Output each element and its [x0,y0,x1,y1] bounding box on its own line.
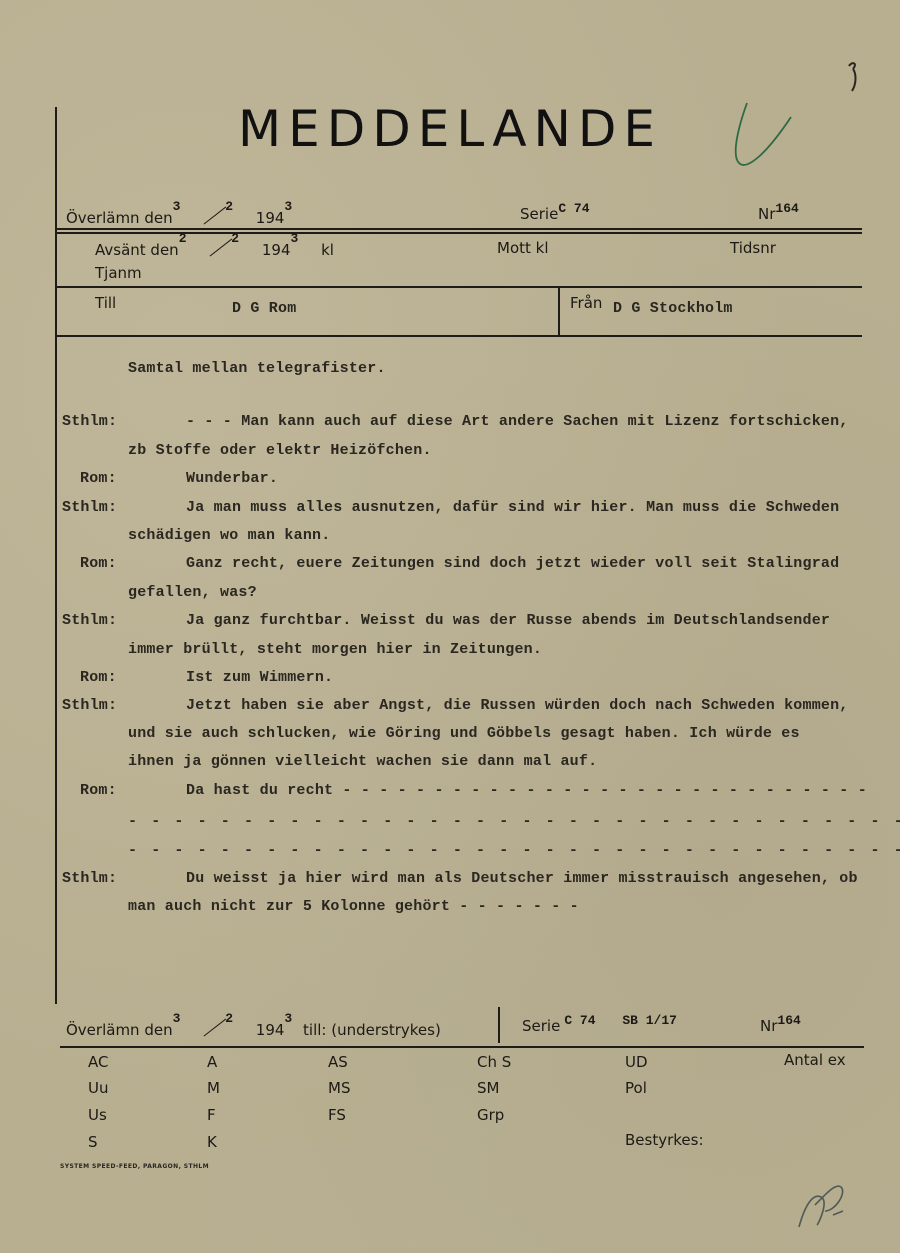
footer-serie-field: SerieC 74 SB 1/17 [522,1017,677,1035]
distribution-code: Pol [625,1079,647,1097]
footer-year-prefix: 194 [256,1021,285,1039]
tjanm-label: Tjanm [95,264,142,282]
message-text: ihnen ja gönnen vielleicht wachen sie da… [128,753,597,770]
till-label: Till [95,294,116,312]
date-slash [205,237,231,259]
footer-overlamn-label: Överlämn den [66,1021,173,1039]
distribution-code: Grp [477,1106,504,1124]
message-text: Wunderbar. [186,470,278,487]
mott-label: Mott kl [497,239,549,257]
message-text: Da hast du recht - - - - - - - - - - - -… [186,782,867,799]
avsant-kl-label: kl [321,241,334,259]
message-text: Ja ganz furchtbar. Weisst du was der Rus… [186,612,830,629]
footer-serie-value: C 74 [564,1013,595,1028]
bestyrkes-label: Bestyrkes: [625,1131,704,1149]
distribution-code: F [207,1106,216,1124]
distribution-code: S [88,1133,98,1151]
left-margin-rule [55,107,57,1004]
message-text: Ja man muss alles ausnutzen, dafür sind … [186,499,839,516]
fran-value: D G Stockholm [613,300,733,317]
distribution-code: K [207,1133,217,1151]
rule-address [56,335,862,337]
footer-nr-value: 164 [777,1013,800,1028]
date-slash [199,1017,225,1039]
handwritten-number-mark [840,55,870,100]
speaker-label: Sthlm: [62,499,117,516]
footer-sb-value: SB 1/17 [622,1013,677,1028]
distribution-code: A [207,1053,217,1071]
avsant-label: Avsänt den [95,241,179,259]
message-text: man auch nicht zur 5 Kolonne gehört - - … [128,898,579,915]
distribution-code: Uu [88,1079,109,1097]
antal-label: Antal ex [784,1051,846,1069]
distribution-code: MS [328,1079,350,1097]
message-text: zb Stoffe oder elektr Heizöfchen. [128,442,432,459]
avsant-month: 2 [231,231,239,246]
handwritten-signature [795,1175,865,1235]
tidsnr-label: Tidsnr [730,239,776,257]
message-subject: Samtal mellan telegrafister. [128,360,386,377]
message-text: - - - - - - - - - - - - - - - - - - - - … [128,842,900,859]
double-rule-top [56,228,862,230]
overlamn-year-prefix: 194 [256,209,285,227]
distribution-code: FS [328,1106,346,1124]
nr-label: Nr [758,205,775,223]
footer-serie-label: Serie [522,1017,560,1035]
serie-value: C 74 [558,201,589,216]
message-text: schädigen wo man kann. [128,527,330,544]
avsant-day: 2 [179,231,187,246]
overlamn-month: 2 [225,199,233,214]
message-text: - - - Man kann auch auf diese Art andere… [186,413,849,430]
overlamn-day: 3 [173,199,181,214]
handwritten-green-mark [725,95,815,175]
nr-field: Nr164 [758,205,799,223]
date-slash [199,205,225,227]
footer-year-suffix: 3 [284,1011,292,1026]
message-text: Jetzt haben sie aber Angst, die Russen w… [186,697,849,714]
footer-overlamn-day: 3 [173,1011,181,1026]
footer-nr-label: Nr [760,1017,777,1035]
speaker-label: Sthlm: [62,612,117,629]
till-value: D G Rom [232,300,296,317]
fran-label: Från [570,294,602,312]
speaker-label: Rom: [80,669,117,686]
distribution-code: SM [477,1079,499,1097]
message-text: - - - - - - - - - - - - - - - - - - - - … [128,813,900,830]
distribution-code: AS [328,1053,348,1071]
overlamn-row: Överlämn den3 2 1943 [66,205,292,227]
overlamn-label: Överlämn den [66,209,173,227]
till-fran-divider [558,287,560,335]
message-text: Ganz recht, euere Zeitungen sind doch je… [186,555,839,572]
message-text: immer brüllt, steht morgen hier in Zeitu… [128,641,542,658]
page-title: MEDDELANDE [238,100,662,158]
footer-till-label: till: (understrykes) [303,1021,441,1039]
serie-label: Serie [520,205,558,223]
nr-value: 164 [775,201,798,216]
message-text: Du weisst ja hier wird man als Deutscher… [186,870,858,887]
speaker-label: Sthlm: [62,697,117,714]
speaker-label: Sthlm: [62,413,117,430]
avsant-year-suffix: 3 [291,231,299,246]
double-rule-bottom [56,232,862,234]
speaker-label: Rom: [80,470,117,487]
distribution-code: UD [625,1053,648,1071]
footer-divider [498,1007,500,1043]
avsant-year-prefix: 194 [262,241,291,259]
printer-imprint: SYSTEM SPEED-FEED, PARAGON, STHLM [60,1163,209,1170]
footer-rule [60,1046,864,1048]
speaker-label: Sthlm: [62,870,117,887]
distribution-code: M [207,1079,220,1097]
overlamn-year-suffix: 3 [284,199,292,214]
rule-tjanm [56,286,862,288]
message-text: Ist zum Wimmern. [186,669,333,686]
footer-overlamn-month: 2 [225,1011,233,1026]
footer-nr-field: Nr164 [760,1017,801,1035]
distribution-code: Ch S [477,1053,511,1071]
avsant-row: Avsänt den2 2 1943 kl [95,237,334,259]
speaker-label: Rom: [80,782,117,799]
footer-overlamn-row: Överlämn den3 2 1943 till: (understrykes… [66,1017,441,1039]
speaker-label: Rom: [80,555,117,572]
message-text: und sie auch schlucken, wie Göring und G… [128,725,800,742]
serie-field: SerieC 74 [520,205,590,223]
message-text: gefallen, was? [128,584,257,601]
distribution-code: Us [88,1106,107,1124]
distribution-code: AC [88,1053,108,1071]
